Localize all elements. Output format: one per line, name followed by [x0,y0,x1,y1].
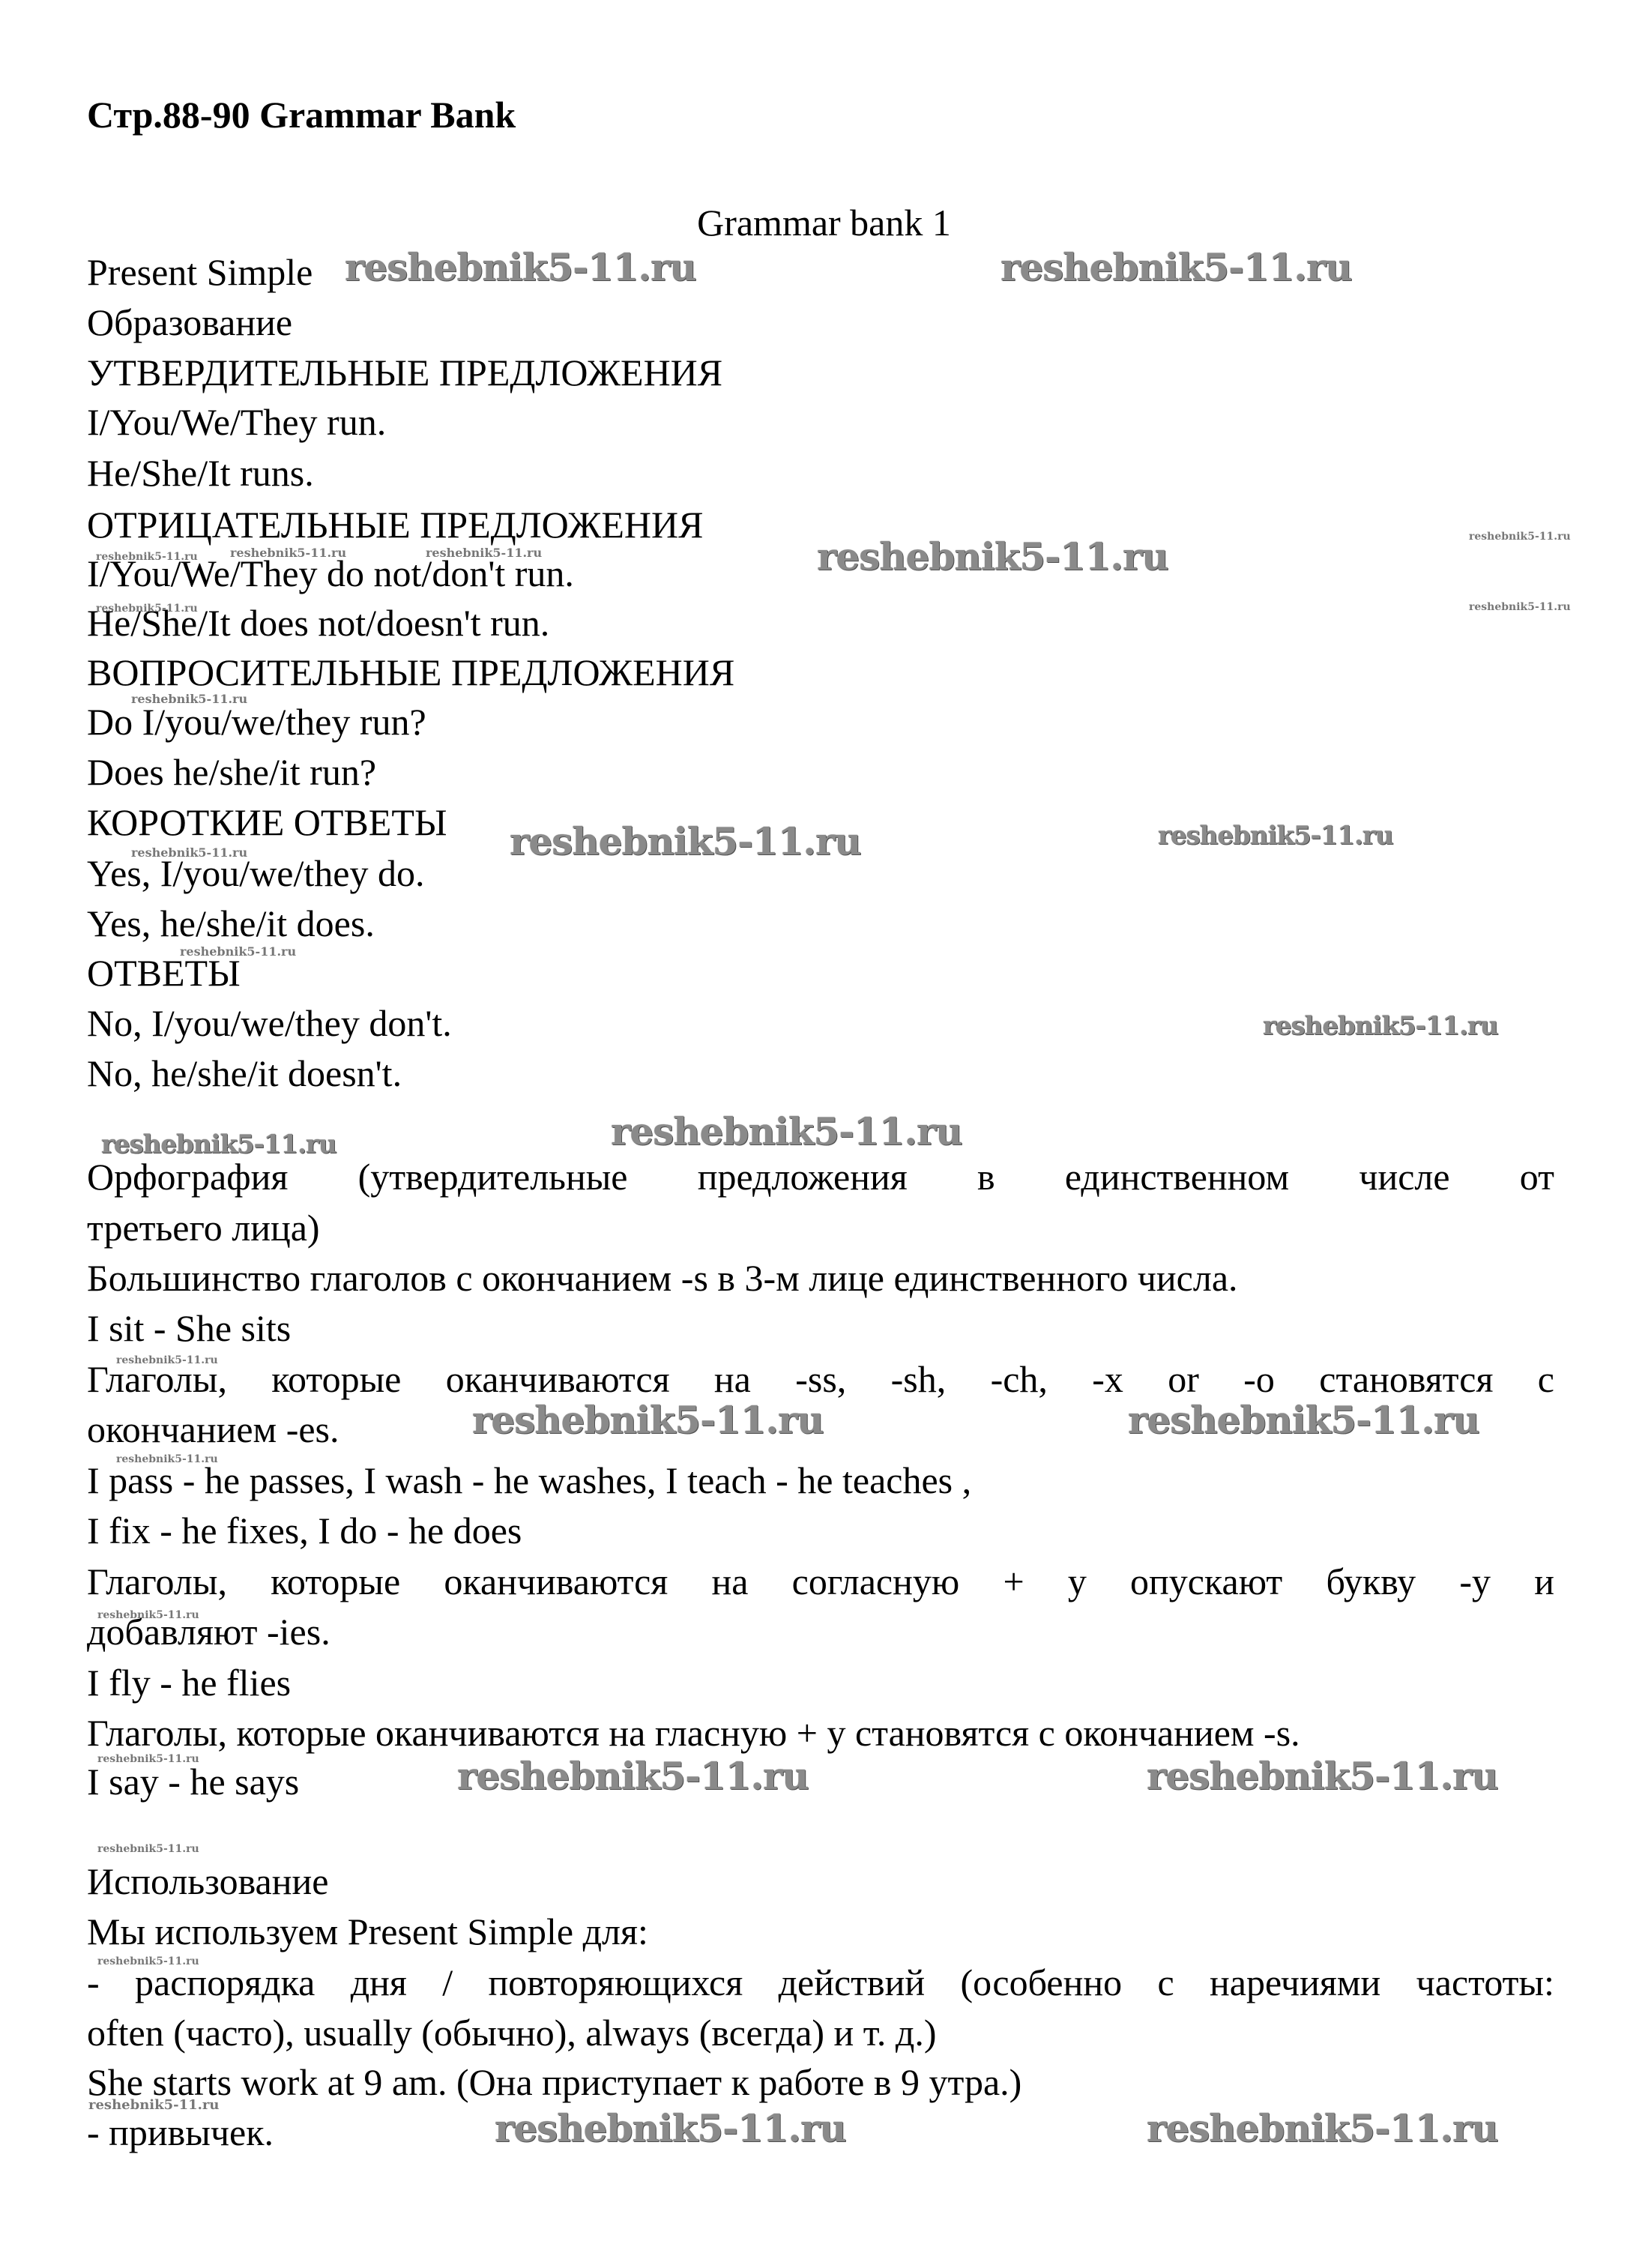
watermark: reshebnik5-11.ru [1147,1758,1498,1795]
text-line: No, I/you/we/they don't. [87,1004,452,1042]
watermark: reshebnik5-11.ru [817,538,1168,576]
watermark: reshebnik5-11.ru [96,603,198,614]
heading-usage: Использование [87,1863,328,1900]
text-line: Глаголы, которые оканчиваются на согласн… [87,1563,1554,1600]
heading-present-simple: Present Simple [87,253,313,291]
heading-spelling: Орфография (утвердительные предложения в… [87,1158,1554,1195]
watermark: reshebnik5-11.ru [116,1355,218,1366]
heading-negative: ОТРИЦАТЕЛЬНЫЕ ПРЕДЛОЖЕНИЯ [87,506,703,543]
text-line: третьего лица) [87,1209,320,1246]
watermark: reshebnik5-11.ru [116,1454,218,1465]
text-line: often (часто), usually (обычно), always … [87,2014,936,2051]
text-line: Do I/you/we/they run? [87,703,426,741]
heading-answers: ОТВЕТЫ [87,954,241,992]
text-line: Yes, I/you/we/they do. [87,854,424,892]
text-line: Yes, he/she/it does. [87,905,375,942]
text-line: - распорядка дня / повторяющихся действи… [87,1964,1554,2001]
text-line: окончанием -es. [87,1411,339,1448]
text-line: Мы используем Present Simple для: [87,1913,648,1950]
example-line: I sit - She sits [87,1309,291,1347]
example-line: She starts work at 9 am. (Она приступает… [87,2063,1021,2101]
heading-questions: ВОПРОСИТЕЛЬНЫЕ ПРЕДЛОЖЕНИЯ [87,654,734,691]
heading-affirmative: УТВЕРДИТЕЛЬНЫЕ ПРЕДЛОЖЕНИЯ [87,354,722,391]
watermark: reshebnik5-11.ru [611,1113,962,1150]
text-line: He/She/It runs. [87,454,314,492]
watermark: reshebnik5-11.ru [97,1610,199,1620]
heading-formation: Образование [87,304,292,341]
watermark: reshebnik5-11.ru [131,693,247,705]
watermark: reshebnik5-11.ru [1158,823,1393,848]
text-line: No, he/she/it doesn't. [87,1055,402,1092]
watermark: reshebnik5-11.ru [97,1754,199,1764]
text-line: Глаголы, которые оканчиваются на -ss, -s… [87,1360,1554,1398]
text-line: Глаголы, которые оканчиваются на гласную… [87,1714,1300,1752]
example-line: I fly - he flies [87,1664,291,1701]
watermark: reshebnik5-11.ru [345,249,696,286]
text-line: - привычек. [87,2114,274,2151]
watermark: reshebnik5-11.ru [1000,249,1352,286]
watermark: reshebnik5-11.ru [1147,2110,1498,2147]
text-line: Большинство глаголов с окончанием -s в 3… [87,1259,1238,1297]
watermark: reshebnik5-11.ru [1469,531,1571,542]
watermark: reshebnik5-11.ru [472,1402,824,1439]
example-line: I say - he says [87,1763,299,1800]
watermark: reshebnik5-11.ru [131,847,247,859]
watermark: reshebnik5-11.ru [457,1758,809,1795]
watermark: reshebnik5-11.ru [1469,602,1571,612]
text-line: Does he/she/it run? [87,753,376,791]
watermark: reshebnik5-11.ru [495,2110,846,2147]
heading-short-answers: КОРОТКИЕ ОТВЕТЫ [87,803,447,841]
watermark: reshebnik5-11.ru [180,946,296,958]
watermark: reshebnik5-11.ru [88,2099,219,2112]
section-title: Grammar bank 1 [0,204,1648,241]
watermark: reshebnik5-11.ru [230,547,346,559]
example-line: I pass - he passes, I wash - he washes, … [87,1462,971,1499]
watermark: reshebnik5-11.ru [96,552,198,562]
watermark: reshebnik5-11.ru [510,823,861,860]
document-page: Стр.88-90 Grammar Bank Grammar bank 1 Pr… [0,0,1648,2268]
example-line: I fix - he fixes, I do - he does [87,1512,522,1549]
watermark: reshebnik5-11.ru [1128,1402,1479,1439]
watermark: reshebnik5-11.ru [97,1844,199,1854]
text-line: I/You/We/They run. [87,403,386,441]
watermark: reshebnik5-11.ru [101,1132,336,1157]
watermark: reshebnik5-11.ru [426,547,542,559]
watermark: reshebnik5-11.ru [97,1956,199,1967]
page-title: Стр.88-90 Grammar Bank [87,96,516,133]
watermark: reshebnik5-11.ru [1263,1013,1498,1039]
